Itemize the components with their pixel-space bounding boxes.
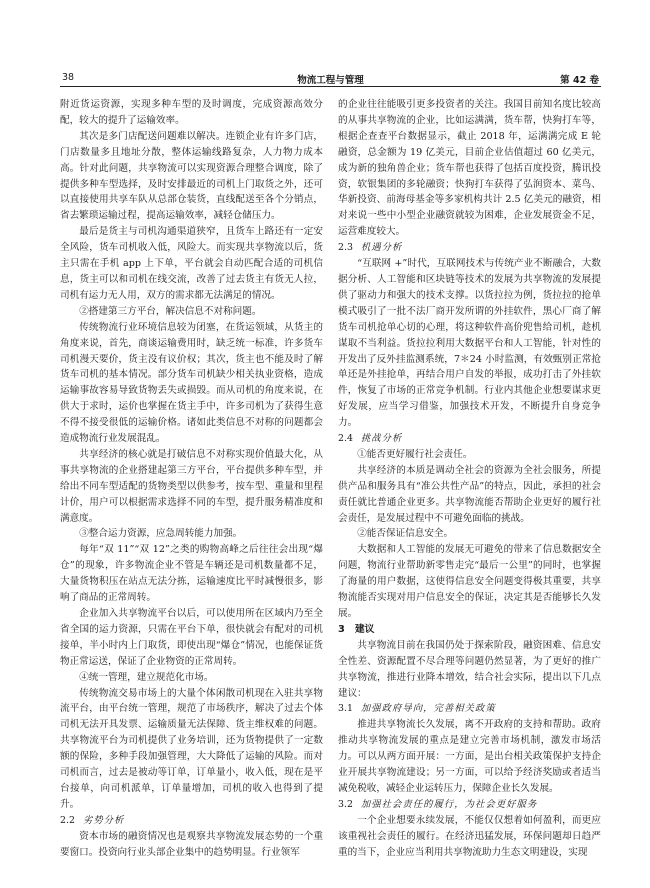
paragraph: ④统一管理，建立规范化市场。 [60, 670, 323, 686]
paragraph: 最后是货主与司机沟通渠道狭窄，且货车上路还有一定安全风险，货车司机收入低，风险大… [60, 224, 323, 304]
paragraph: 每年“双 11”“双 12”之类的购物高峰之后往往会出现“爆仓”的现象，许多物流… [60, 542, 323, 606]
subsection-heading: 2.4挑战分析 [338, 431, 601, 447]
heading-number: 2.3 [338, 242, 353, 253]
heading-number: 2.2 [60, 815, 75, 826]
journal-page: 38 物流工程与管理 第 42 卷 附近货运资源，实现多种车型的及时调度，完成资… [60, 70, 601, 87]
subsection-heading: 2.3机遇分析 [338, 240, 601, 256]
paragraph: 传统物流行业环境信息较为闭塞，在货运领域，从货主的角度来说，首先，商谈运输费用时… [60, 320, 323, 447]
paragraph: 其次是多门店配送问题难以解决。连锁企业有许多门店，门店数量多且地址分散，整体运输… [60, 129, 323, 224]
heading-number: 3.2 [338, 799, 353, 810]
journal-title: 物流工程与管理 [60, 72, 601, 86]
heading-title: 挑战分析 [361, 433, 403, 444]
paragraph: ③整合运力资源，应急周转能力加强。 [60, 526, 323, 542]
paragraph: 企业加入共享物流平台以后，可以使用所在区域内乃至全省全国的运力资源，只需在平台下… [60, 606, 323, 670]
subsection-heading: 3.2加强社会责任的履行，为社会更好服务 [338, 797, 601, 813]
paragraph: 附近货运资源，实现多种车型的及时调度，完成资源高效分配，较大的提升了运输效率。 [60, 97, 323, 129]
paragraph: 的企业往往能吸引更多投资者的关注。我国目前知名度比较高的从事共享物流的企业，比如… [338, 97, 601, 240]
right-column: 的企业往往能吸引更多投资者的关注。我国目前知名度比较高的从事共享物流的企业，比如… [338, 97, 601, 861]
heading-title: 建议 [355, 624, 375, 635]
subsection-heading: 3.1加强政府导向，完善相关政策 [338, 701, 601, 717]
heading-number: 2.4 [338, 433, 353, 444]
heading-number: 3.1 [338, 703, 353, 714]
paragraph: 共享经济的核心就是打破信息不对称实现价值最大化，从事共享物流的企业搭建起第三方平… [60, 447, 323, 527]
paragraph: “互联网 +”时代，互联网技术与传统产业不断融合，大数据分析、人工智能和区块链等… [338, 256, 601, 431]
paragraph: 推进共享物流长久发展，离不开政府的支持和帮助。政府推动共享物流发展的重点是建立完… [338, 717, 601, 797]
paragraph: ①能否更好履行社会责任。 [338, 447, 601, 463]
paragraph: 共享物流目前在我国仍处于探索阶段，融资困难、信息安全性差、资源配置不尽合理等问题… [338, 638, 601, 702]
paragraph: 共享经济的本质是调动全社会的资源为全社会服务，所提供产品和服务具有“准公共性产品… [338, 463, 601, 527]
volume-label: 第 42 卷 [560, 72, 599, 86]
paragraph: 资本市场的融资情况也是观察共享物流发展态势的一个重要窗口。投资向行业头部企业集中… [60, 829, 323, 861]
heading-title: 劣势分析 [83, 815, 125, 826]
subsection-heading: 2.2劣势分析 [60, 813, 323, 829]
paragraph: 传统物流交易市场上的大量个体闲散司机现在入驻共享物流平台，由平台统一管理，规范了… [60, 686, 323, 813]
section-heading: 3建议 [338, 622, 601, 638]
heading-title: 机遇分析 [361, 242, 403, 253]
paragraph: ②能否保证信息安全。 [338, 526, 601, 542]
paragraph: ②搭建第三方平台，解决信息不对称问题。 [60, 304, 323, 320]
heading-title: 加强社会责任的履行，为社会更好服务 [361, 799, 537, 810]
heading-title: 加强政府导向，完善相关政策 [361, 703, 496, 714]
heading-number: 3 [338, 624, 345, 635]
paragraph: 大数据和人工智能的发展无可避免的带来了信息数据安全问题，物流行业帮助新零售走完“… [338, 542, 601, 622]
running-header: 38 物流工程与管理 第 42 卷 [60, 70, 601, 87]
paragraph: 一个企业想要永续发展，不能仅仅想着如何盈利，而更应该重视社会责任的履行。在经济迅… [338, 813, 601, 861]
left-column: 附近货运资源，实现多种车型的及时调度，完成资源高效分配，较大的提升了运输效率。其… [60, 97, 323, 861]
